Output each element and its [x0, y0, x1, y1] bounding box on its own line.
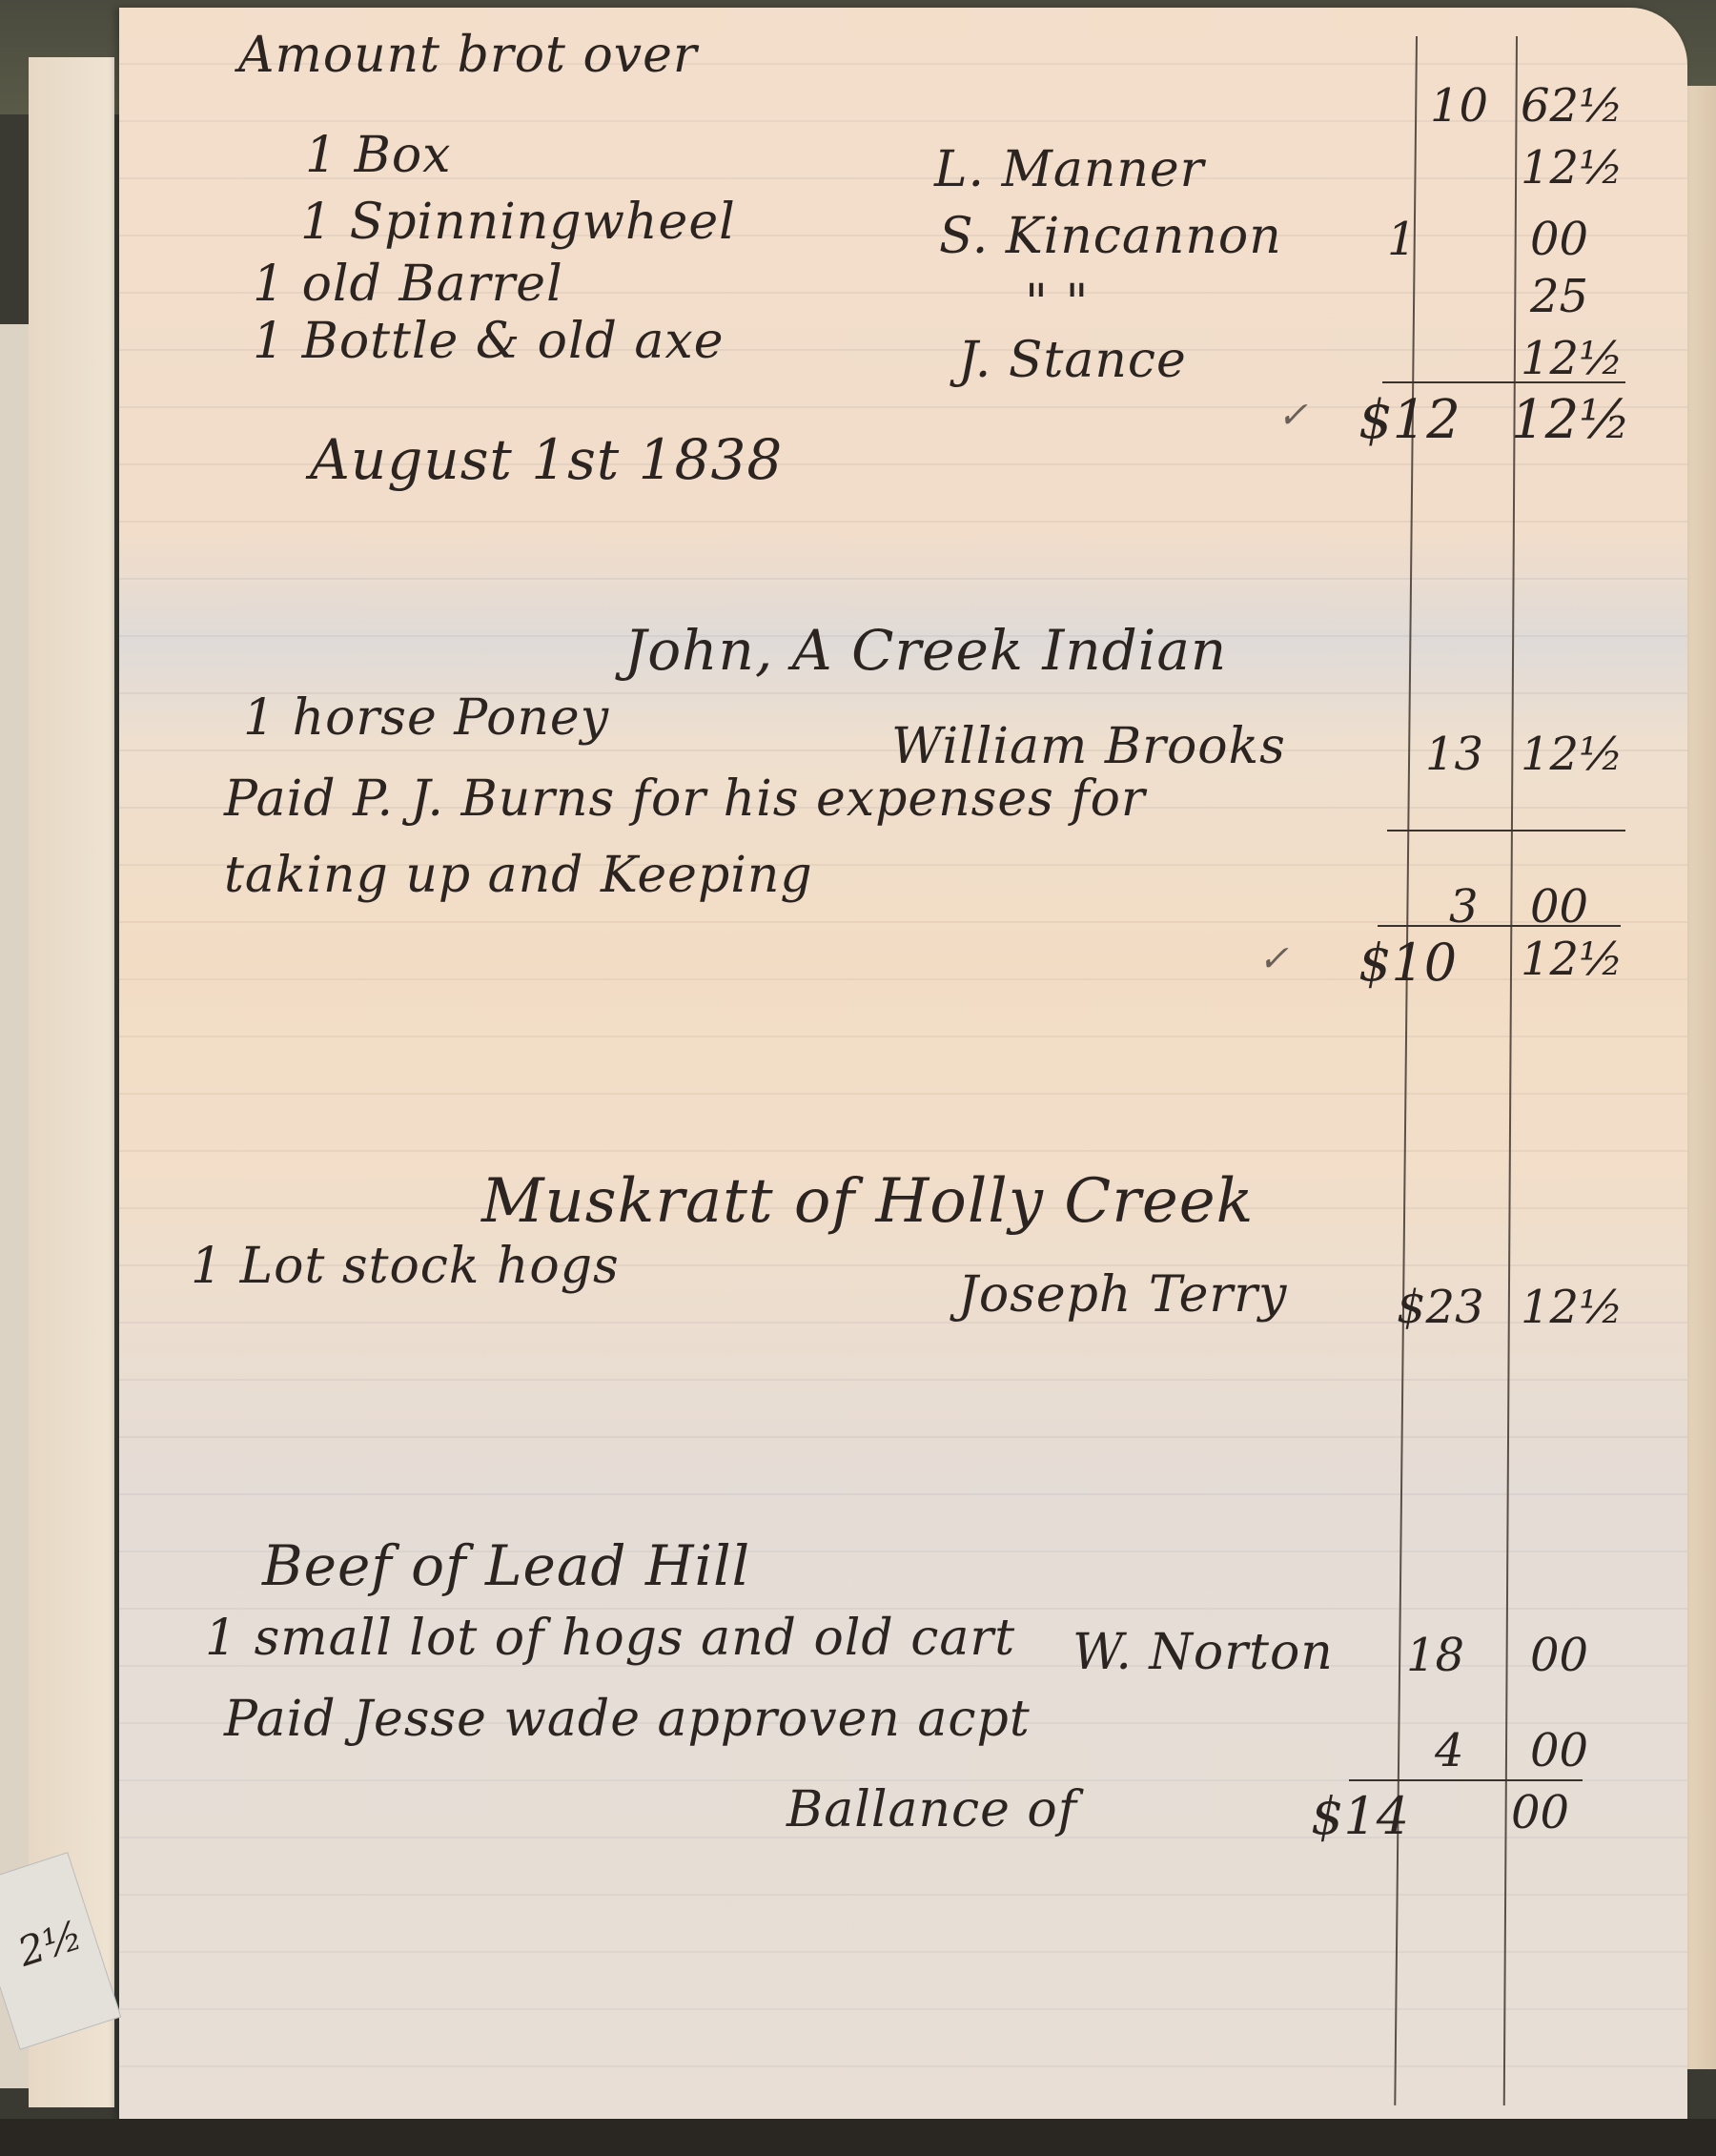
entry-dollars: 1 — [1387, 213, 1417, 266]
entry-buyer: " " — [1025, 275, 1089, 332]
entry-dollars: 10 — [1430, 79, 1488, 133]
check-mark: ✓ — [1258, 937, 1289, 979]
desk-bottom — [0, 2119, 1716, 2156]
total-dollars: $10 — [1358, 933, 1457, 993]
entry-cents: 00 — [1530, 1629, 1588, 1682]
balance-cents: 00 — [1511, 1786, 1569, 1839]
entry-dollars: 13 — [1425, 728, 1483, 781]
balance-dollars: $14 — [1311, 1786, 1409, 1846]
entry-buyer: William Brooks — [891, 718, 1286, 775]
entry-buyer: Joseph Terry — [958, 1266, 1287, 1324]
entry-item: 1 small lot of hogs and old cart — [205, 1610, 1015, 1667]
entry-buyer: L. Manner — [934, 141, 1204, 198]
entry-dollars: 18 — [1406, 1629, 1464, 1682]
entry-item: 1 Bottle & old axe — [253, 313, 725, 370]
entry-cents: 62½ — [1521, 79, 1624, 133]
total-rule — [1378, 925, 1621, 927]
entry-item: Paid Jesse wade approven acpt — [224, 1691, 1031, 1748]
corner-tag-text: 2½ — [12, 1911, 88, 1975]
entry-cents: 00 — [1530, 213, 1588, 266]
entry-cents: 00 — [1530, 1724, 1588, 1777]
entry-item: taking up and Keeping — [224, 847, 813, 904]
entry-cents: 12½ — [1521, 332, 1624, 385]
ledger-page: Amount brot over 10 62½ 1 Box L. Manner … — [119, 8, 1687, 2120]
total-dollars: $12 — [1358, 389, 1461, 451]
total-cents: 12½ — [1521, 933, 1624, 986]
entry-cents: 12½ — [1521, 728, 1624, 781]
entry-item: 1 old Barrel — [253, 256, 563, 313]
entry-item: 1 Spinningwheel — [300, 194, 736, 251]
entry-buyer: J. Stance — [958, 332, 1187, 389]
entry-item: 1 horse Poney — [243, 689, 609, 747]
entry-cents: 25 — [1530, 270, 1588, 323]
entry-date: August 1st 1838 — [310, 427, 783, 492]
balance-label: Ballance of — [786, 1781, 1077, 1838]
entry-item: 1 Lot stock hogs — [191, 1238, 620, 1295]
entry-dollars: $23 — [1397, 1281, 1484, 1334]
entry-item: 1 Box — [305, 127, 451, 184]
subtotal-rule — [1387, 830, 1625, 832]
entry-item: Paid P. J. Burns for his expenses for — [224, 770, 1146, 828]
entry-item: Amount brot over — [238, 27, 698, 84]
total-rule — [1382, 381, 1625, 383]
check-mark: ✓ — [1277, 394, 1308, 436]
entry-buyer: S. Kincannon — [939, 208, 1282, 265]
entry-cents: 12½ — [1521, 1281, 1624, 1334]
total-rule — [1349, 1779, 1583, 1781]
left-paper-scrap — [0, 324, 29, 2088]
entry-buyer: W. Norton — [1072, 1624, 1334, 1681]
total-cents: 12½ — [1511, 389, 1631, 451]
entry-cents: 12½ — [1521, 141, 1624, 195]
section-heading: Muskratt of Holly Creek — [481, 1166, 1254, 1237]
entry-dollars: 4 — [1435, 1724, 1464, 1777]
section-heading: Beef of Lead Hill — [262, 1533, 750, 1598]
underlying-page-edge — [29, 57, 114, 2107]
section-heading: John, A Creek Indian — [624, 618, 1227, 683]
